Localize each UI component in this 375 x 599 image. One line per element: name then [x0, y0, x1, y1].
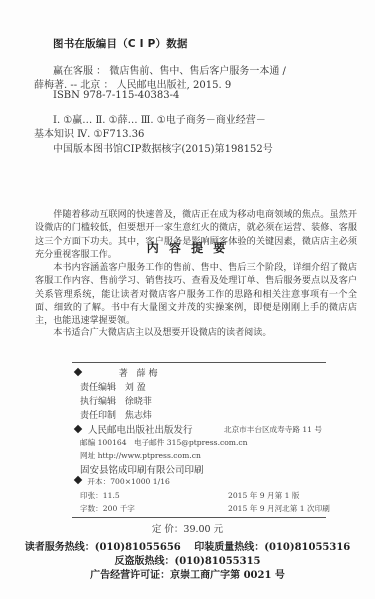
exec-editor-name: 徐晓菲: [125, 397, 152, 407]
publisher-name: 人民邮电出版社出版发行: [88, 425, 193, 436]
author-name: 薛 梅: [137, 369, 158, 379]
print-supervisor-name: 焦志炜: [125, 411, 152, 421]
exec-editor-row: 执行编辑 徐晓菲: [80, 394, 152, 407]
divider-top: [72, 362, 326, 363]
cip-classification: Ⅰ. ①赢… Ⅱ. ①薛… Ⅲ. ①电子商务－商业经营－: [53, 111, 266, 126]
author-row: 著 薛 梅: [75, 366, 158, 379]
author-label: 著: [119, 369, 128, 379]
printed-sheets: 印张：11.5: [80, 490, 120, 501]
print-supervisor-row: 责任印制 焦志炜: [80, 408, 152, 421]
cip-book-title: 赢在客服 ： 微店售前、售中、售后客户服务一本通 /: [53, 62, 286, 77]
editor-label: 责任编辑: [80, 383, 116, 393]
cip-verification-number: 中国版本图书馆CIP数据核字(2015)第198152号: [53, 140, 273, 155]
publisher-address: 北京市丰台区成寿寺路 11 号: [224, 424, 322, 435]
abstract-paragraph-3: 本书适合广大微店店主以及想要开设微店的读者阅读。: [35, 327, 357, 340]
email: 电子邮件 315@ptpress.com.cn: [134, 437, 248, 448]
abstract-paragraph-2: 本书内容涵盖客户服务工作的售前、售中、售后三个阶段，详细介绍了微店客服工作内容、…: [35, 262, 357, 328]
printing: 2015 年 9 月河北第 1 次印刷: [228, 503, 330, 514]
price: 定 价：39.00 元: [0, 521, 375, 535]
format: 开本：700×1000 1/16: [87, 477, 169, 486]
format-row: 开本：700×1000 1/16: [75, 476, 170, 487]
cip-title: 图书在版编目（C I P）数据: [53, 36, 188, 51]
anti-piracy-hotline: 反盗版热线：(010)81055315: [0, 552, 375, 567]
editor-name: 刘 盈: [125, 383, 146, 393]
divider-bottom: [72, 517, 326, 518]
diamond-bullet-icon: [74, 368, 82, 376]
edition: 2015 年 9 月第 1 版: [228, 490, 299, 501]
abstract-paragraph-1: 伴随着移动互联网的快速普及，微店正在成为移动电商领域的焦点。虽然开设微店的门槛较…: [35, 209, 357, 262]
print-supervisor-label: 责任印制: [80, 411, 116, 421]
publisher-row: 人民邮电出版社出版发行: [75, 422, 193, 436]
diamond-bullet-icon: [74, 425, 82, 433]
website: 网址 http://www.ptpress.com.cn: [80, 450, 201, 461]
postcode: 邮编 100164: [80, 437, 127, 448]
ad-license: 广告经营许可证：京崇工商广字第 0021 号: [0, 566, 375, 581]
editor-row: 责任编辑 刘 盈: [80, 380, 146, 393]
cip-isbn: ISBN 978-7-115-40383-4: [53, 90, 179, 101]
printer: 固安县铭成印刷有限公司印刷: [80, 462, 204, 476]
diamond-bullet-icon: [74, 476, 82, 484]
cip-classification-cont: 基本知识 Ⅳ. ①F713.36: [34, 125, 144, 140]
exec-editor-label: 执行编辑: [80, 397, 116, 407]
cip-author-publisher: 薛梅著. -- 北京 ： 人民邮电出版社, 2015. 9: [34, 76, 231, 91]
hotline-row: 读者服务热线：(010)81055656 印装质量热线：(010)8105531…: [0, 538, 375, 553]
word-count: 字数：200 千字: [80, 503, 135, 514]
